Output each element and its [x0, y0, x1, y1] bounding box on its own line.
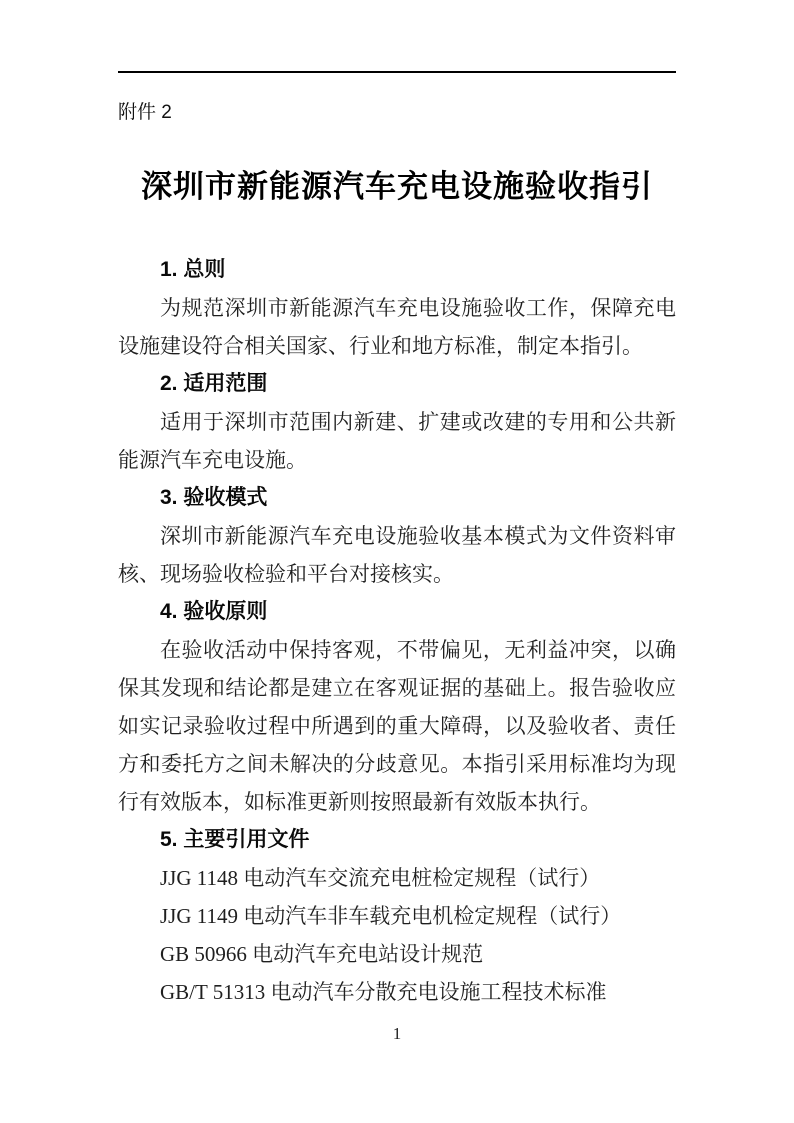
document-body: 1. 总则 为规范深圳市新能源汽车充电设施验收工作，保障充电设施建设符合相关国家… — [118, 251, 676, 1011]
header-rule — [118, 71, 676, 73]
section-1-paragraph: 为规范深圳市新能源汽车充电设施验收工作，保障充电设施建设符合相关国家、行业和地方… — [118, 289, 676, 365]
section-1-heading: 1. 总则 — [118, 251, 676, 289]
reference-item: JJG 1149 电动汽车非车载充电机检定规程（试行） — [118, 897, 676, 935]
reference-item: GB 50966 电动汽车充电站设计规范 — [118, 935, 676, 973]
section-3-heading: 3. 验收模式 — [118, 479, 676, 517]
document-title: 深圳市新能源汽车充电设施验收指引 — [118, 169, 676, 205]
reference-item: JJG 1148 电动汽车交流充电桩检定规程（试行） — [118, 859, 676, 897]
section-3-paragraph: 深圳市新能源汽车充电设施验收基本模式为文件资料审核、现场验收检验和平台对接核实。 — [118, 517, 676, 593]
section-2-paragraph: 适用于深圳市范围内新建、扩建或改建的专用和公共新能源汽车充电设施。 — [118, 403, 676, 479]
document-page: 附件 2 深圳市新能源汽车充电设施验收指引 1. 总则 为规范深圳市新能源汽车充… — [0, 0, 794, 1123]
section-4-heading: 4. 验收原则 — [118, 593, 676, 631]
section-2-heading: 2. 适用范围 — [118, 365, 676, 403]
reference-item: GB/T 51313 电动汽车分散充电设施工程技术标准 — [118, 973, 676, 1011]
page-number: 1 — [0, 1023, 794, 1045]
section-4-paragraph: 在验收活动中保持客观，不带偏见，无利益冲突，以确保其发现和结论都是建立在客观证据… — [118, 631, 676, 821]
section-5-heading: 5. 主要引用文件 — [118, 821, 676, 859]
attachment-label: 附件 2 — [118, 101, 676, 125]
